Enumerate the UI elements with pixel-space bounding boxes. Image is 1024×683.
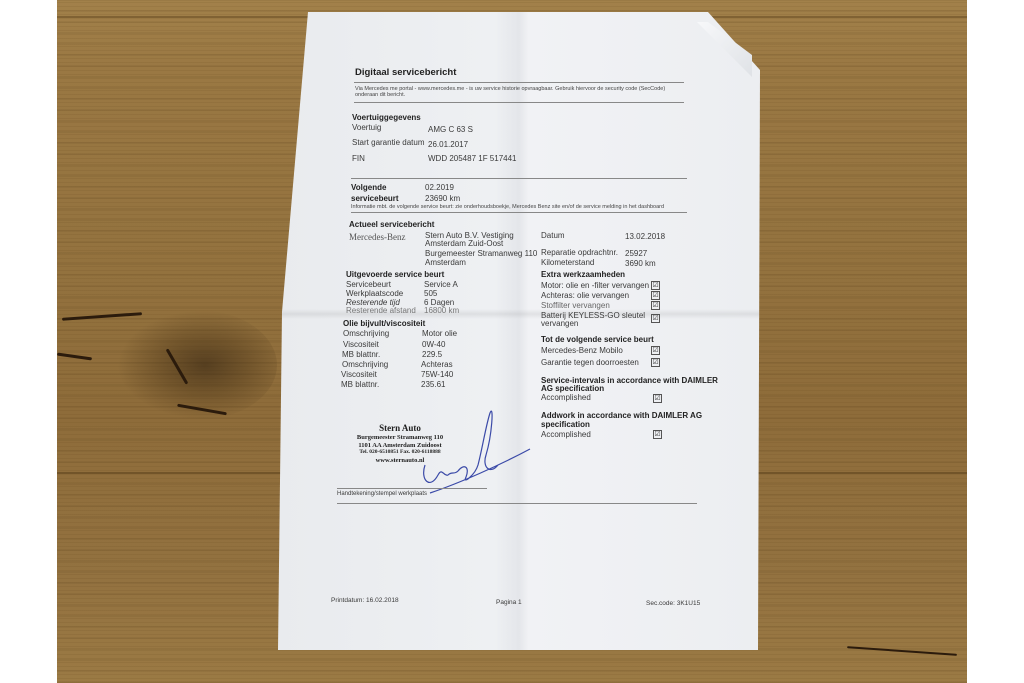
service-report: Digitaal servicebericht Via Mercedes me … — [0, 0, 1024, 683]
extra-work-item: Motor: olie en -filter vervangen — [541, 281, 649, 290]
addwork-heading: Addwork in accordance with DAIMLER AG — [541, 411, 702, 420]
fin-value: WDD 205487 1F 517441 — [428, 154, 517, 163]
workshop-code-label: Werkplaatscode — [346, 289, 403, 298]
warranty-start-label: Start garantie datum — [352, 138, 424, 147]
checkbox-checked-icon: ☑ — [651, 314, 660, 323]
checkbox-checked-icon: ☑ — [651, 346, 660, 355]
until-next-heading: Tot de volgende service beurt — [541, 335, 654, 344]
vehicle-heading: Voertuiggegevens — [352, 113, 421, 122]
oil-mb-value: 229.5 — [422, 350, 442, 359]
until-next-item: Garantie tegen doorroesten — [541, 358, 639, 367]
oil-desc-value: Motor olie — [422, 329, 457, 338]
performed-heading: Uitgevoerde service beurt — [346, 270, 444, 279]
oil-heading: Olie bijvult/viscositeit — [343, 319, 425, 328]
checkbox-checked-icon: ☑ — [651, 281, 660, 290]
signature-label: Handtekening/stempel werkplaats — [337, 491, 427, 497]
workshop-code-value: 505 — [424, 289, 437, 298]
dealer-city: Amsterdam — [425, 258, 466, 267]
mileage-label: Kilometerstand — [541, 258, 594, 267]
next-service-date: 02.2019 — [425, 183, 454, 192]
until-next-item: Mercedes-Benz Mobilo — [541, 346, 623, 355]
service-type-label: Servicebeurt — [346, 280, 391, 289]
fin-label: FIN — [352, 154, 365, 163]
mercedes-benz-logo: Mercedes-Benz — [349, 232, 405, 242]
signature — [420, 405, 540, 505]
security-code: Sec.code: 3K1U15 — [646, 600, 700, 607]
service-intervals-status: Accomplished — [541, 393, 591, 402]
checkbox-checked-icon: ☑ — [653, 394, 662, 403]
checkbox-checked-icon: ☑ — [651, 358, 660, 367]
document-title: Digitaal servicebericht — [355, 67, 456, 78]
axle-desc-label: Omschrijving — [342, 360, 388, 369]
axle-viscosity-label: Viscositeit — [341, 370, 377, 379]
next-service-km: 23690 km — [425, 194, 460, 203]
axle-mb-value: 235.61 — [421, 380, 445, 389]
extra-work-heading: Extra werkzaamheden — [541, 270, 625, 279]
next-service-heading: Volgende — [351, 183, 386, 192]
oil-mb-label: MB blattnr. — [342, 350, 380, 359]
vehicle-value: AMG C 63 S — [428, 125, 473, 134]
print-date: Printdatum: 16.02.2018 — [331, 597, 399, 604]
divider — [354, 102, 684, 103]
date-label: Datum — [541, 231, 565, 240]
intro-text-2: onderaan dit bericht. — [355, 92, 405, 98]
checkbox-checked-icon: ☑ — [651, 291, 660, 300]
page-number: Pagina 1 — [496, 599, 522, 606]
extra-work-item: Achteras: olie vervangen — [541, 291, 629, 300]
signature-line — [337, 488, 487, 489]
extra-work-item-2: vervangen — [541, 319, 578, 328]
date-value: 13.02.2018 — [625, 232, 665, 241]
oil-desc-label: Omschrijving — [343, 329, 389, 338]
divider — [351, 212, 687, 213]
extra-work-item: Stoffilter vervangen — [541, 301, 610, 310]
service-intervals-heading-2: AG specification — [541, 384, 604, 393]
warranty-start-value: 26.01.2017 — [428, 140, 468, 149]
divider — [354, 82, 684, 83]
axle-viscosity-value: 75W-140 — [421, 370, 453, 379]
dealer-branch: Amsterdam Zuid-Oost — [425, 239, 503, 248]
checkbox-checked-icon: ☑ — [651, 301, 660, 310]
dealer-street: Burgemeester Stramanweg 110 — [425, 249, 537, 258]
addwork-status: Accomplished — [541, 430, 591, 439]
remaining-distance-value: 16800 km — [424, 306, 459, 315]
current-heading: Actueel servicebericht — [349, 220, 434, 229]
divider — [351, 178, 687, 179]
service-type-value: Service A — [424, 280, 458, 289]
order-number-label: Reparatie opdrachtnr. — [541, 248, 618, 257]
mileage-value: 3690 km — [625, 259, 656, 268]
axle-mb-label: MB blattnr. — [341, 380, 379, 389]
remaining-distance-label: Resterende afstand — [346, 306, 416, 315]
vehicle-label: Voertuig — [352, 123, 381, 132]
axle-desc-value: Achteras — [421, 360, 453, 369]
order-number-value: 25927 — [625, 249, 647, 258]
oil-viscosity-label: Viscositeit — [343, 340, 379, 349]
oil-viscosity-value: 0W-40 — [422, 340, 445, 349]
addwork-heading-2: specification — [541, 420, 590, 429]
checkbox-checked-icon: ☑ — [653, 430, 662, 439]
next-service-info: Informatie mbt. de volgende service beur… — [351, 204, 664, 210]
next-service-heading-2: servicebeurt — [351, 194, 399, 203]
divider — [337, 503, 697, 504]
